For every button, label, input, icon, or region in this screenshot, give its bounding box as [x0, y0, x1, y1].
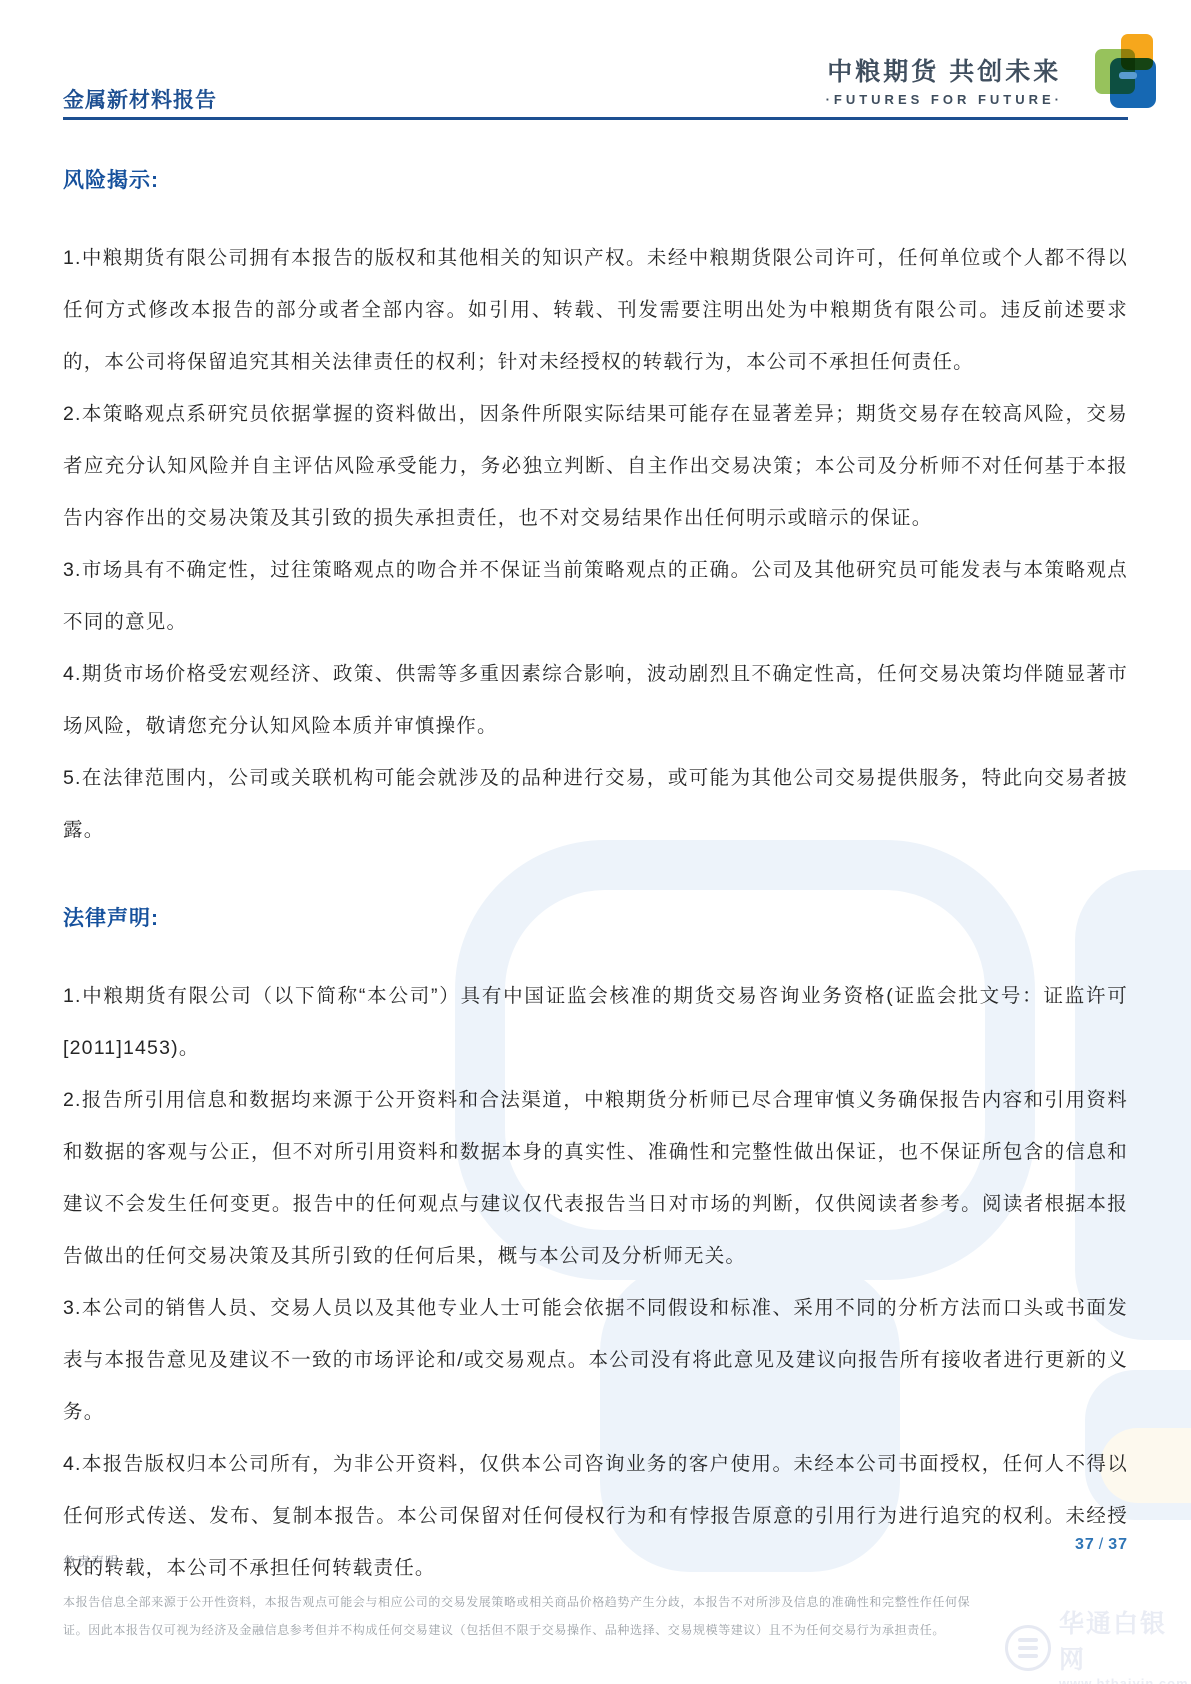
legal-section-title: 法律声明: — [63, 902, 1128, 932]
legal-paragraph-1: 1.中粮期货有限公司（以下简称“本公司”）具有中国证监会核准的期货交易咨询业务资… — [63, 970, 1128, 1074]
logo-blue-square — [1110, 58, 1156, 108]
footer-note-line1: 本报告信息全部来源于公开性资料，本报告观点可能会与相应公司的交易发展策略或相关商… — [63, 1588, 1131, 1616]
company-logo-icon — [1095, 34, 1163, 112]
risk-section-title: 风险揭示: — [63, 164, 1128, 194]
risk-paragraph-2: 2.本策略观点系研究员依据掌握的资料做出，因条件所限实际结果可能存在显著差异；期… — [63, 388, 1128, 544]
page-number-separator: / — [1095, 1536, 1108, 1553]
page-number: 37/37 — [1075, 1536, 1128, 1554]
report-type-title: 金属新材料报告 — [63, 84, 217, 114]
risk-paragraph-5: 5.在法律范围内，公司或关联机构可能会就涉及的品种进行交易，或可能为其他公司交易… — [63, 752, 1128, 856]
document-body: 风险揭示: 1.中粮期货有限公司拥有本报告的版权和其他相关的知识产权。未经中粮期… — [63, 164, 1128, 1594]
footer-note-line2: 证。因此本报告仅可视为经济及金融信息参考但并不构成任何交易建议（包括但不限于交易… — [63, 1616, 1131, 1644]
logo-dash-accent — [1119, 72, 1137, 79]
legal-paragraph-4: 4.本报告版权归本公司所有，为非公开资料，仅供本公司咨询业务的客户使用。未经本公… — [63, 1438, 1128, 1594]
legal-paragraph-3: 3.本公司的销售人员、交易人员以及其他专业人士可能会依据不同假设和标准、采用不同… — [63, 1282, 1128, 1438]
brand-slogan-english: ·FUTURES FOR FUTURE· — [826, 92, 1063, 107]
brand-lockup: 中粮期货 共创未来 ·FUTURES FOR FUTURE· — [826, 52, 1063, 107]
legal-paragraph-2: 2.报告所引用信息和数据均来源于公开资料和合法渠道，中粮期货分析师已尽合理审慎义… — [63, 1074, 1128, 1282]
site-watermark-url: www.htbaiyin.com — [1059, 1676, 1189, 1684]
footer-disclaimer-label: 免责声明 — [63, 1551, 119, 1570]
header-divider — [63, 117, 1128, 120]
brand-name-chinese: 中粮期货 共创未来 — [826, 52, 1063, 88]
risk-paragraph-4: 4.期货市场价格受宏观经济、政策、供需等多重因素综合影响，波动剧烈且不确定性高，… — [63, 648, 1128, 752]
risk-paragraph-1: 1.中粮期货有限公司拥有本报告的版权和其他相关的知识产权。未经中粮期货限公司许可… — [63, 232, 1128, 388]
page-number-current: 37 — [1075, 1536, 1095, 1553]
risk-paragraph-3: 3.市场具有不确定性，过往策略观点的吻合并不保证当前策略观点的正确。公司及其他研… — [63, 544, 1128, 648]
page-number-total: 37 — [1108, 1536, 1128, 1553]
footer-note: 本报告信息全部来源于公开性资料，本报告观点可能会与相应公司的交易发展策略或相关商… — [63, 1588, 1131, 1644]
report-page: 金属新材料报告 中粮期货 共创未来 ·FUTURES FOR FUTURE· 风… — [0, 0, 1191, 1684]
